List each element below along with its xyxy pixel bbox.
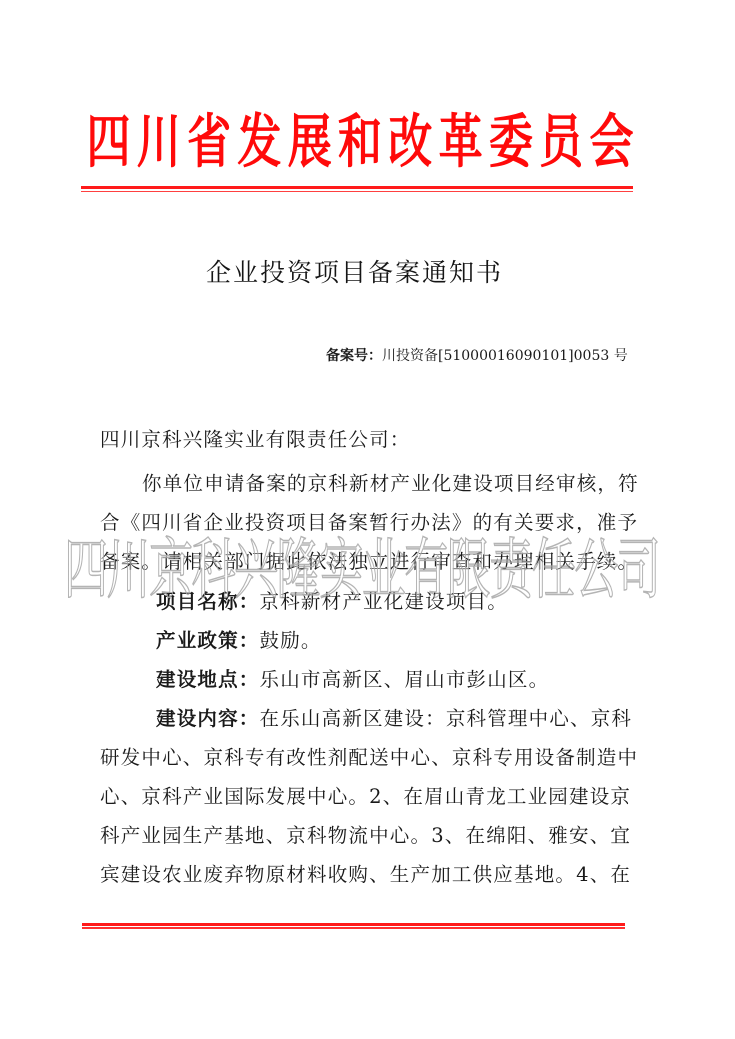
letterhead-char: 四	[86, 103, 131, 182]
content-line: 宾建设农业废弃物原材料收购、生产加工供应基地。4、在	[100, 861, 630, 889]
field-label: 建设地点：	[156, 668, 260, 691]
field-label: 产业政策：	[156, 629, 260, 652]
field-label: 建设内容：	[156, 707, 260, 730]
letterhead-title: 四 川 省 发 展 和 改 革 委 员 会	[86, 108, 634, 178]
letterhead-char: 和	[337, 103, 382, 182]
letterhead-rule-thin	[81, 191, 633, 192]
field-project-name: 项目名称：京科新材产业化建设项目。	[156, 588, 686, 616]
footer-rule-thin	[82, 927, 625, 929]
paragraph-line: 你单位申请备案的京科新材产业化建设项目经审核，符	[142, 470, 672, 498]
letterhead-char: 员	[539, 103, 584, 182]
letterhead-char: 省	[187, 103, 232, 182]
filing-number: 川投资备[51000016090101]0053 号	[382, 348, 628, 364]
content-line: 研发中心、京科专有改性剂配送中心、京科专用设备制造中	[100, 744, 630, 772]
filing-label: 备案号：	[326, 348, 382, 364]
field-value: 乐山市高新区、眉山市彭山区。	[260, 668, 550, 691]
letterhead-char: 委	[488, 103, 533, 182]
field-content: 建设内容：在乐山高新区建设：京科管理中心、京科	[156, 705, 686, 733]
field-value: 鼓励。	[260, 629, 322, 652]
document-page: 四 川 省 发 展 和 改 革 委 员 会 企业投资项目备案通知书 备案号：川投…	[0, 0, 735, 1039]
content-line: 科产业园生产基地、京科物流中心。3、在绵阳、雅安、宜	[100, 822, 630, 850]
content-line: 心、京科产业国际发展中心。2、在眉山青龙工业园建设京	[100, 783, 630, 811]
field-industry-policy: 产业政策：鼓励。	[156, 627, 686, 655]
field-label: 项目名称：	[156, 590, 260, 613]
field-location: 建设地点：乐山市高新区、眉山市彭山区。	[156, 666, 686, 694]
paragraph-line: 备案。请相关部门据此依法独立进行审查和办理相关手续。	[100, 548, 630, 576]
letterhead-char: 发	[237, 103, 282, 182]
field-value: 在乐山高新区建设：京科管理中心、京科	[260, 707, 633, 730]
letterhead-char: 改	[388, 103, 433, 182]
field-value: 京科新材产业化建设项目。	[260, 590, 508, 613]
footer-rule-thick	[82, 923, 625, 926]
letterhead-char: 会	[589, 103, 634, 182]
letterhead-char: 川	[136, 103, 181, 182]
document-title: 企业投资项目备案通知书	[206, 256, 510, 290]
paragraph-line: 合《四川省企业投资项目备案暂行办法》的有关要求，准予	[100, 509, 630, 537]
letterhead-rule-thick	[81, 186, 633, 189]
letterhead-char: 革	[438, 103, 483, 182]
filing-number-line: 备案号：川投资备[51000016090101]0053 号	[326, 346, 628, 366]
addressee: 四川京科兴隆实业有限责任公司：	[100, 426, 630, 454]
letterhead-char: 展	[287, 103, 332, 182]
